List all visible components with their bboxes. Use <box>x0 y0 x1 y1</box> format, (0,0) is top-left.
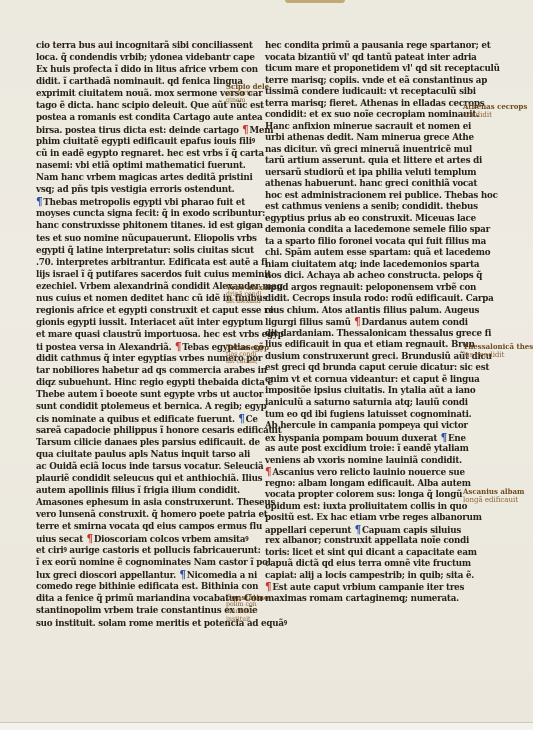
text-line: et ciriꝰ aurige castoris et pollucis fab… <box>36 545 217 557</box>
text-line: tar nobiliores habetur ad qs commercia a… <box>36 365 217 377</box>
text-line: uersarũ studiorũ et ipa philia veluti te… <box>265 167 446 179</box>
gloss-line: stantinus <box>226 608 269 615</box>
paragraph-mark-icon: ¶ <box>239 123 249 136</box>
gloss-line: ginem <box>226 97 269 104</box>
line-text: regionis africe et egypti construxit et … <box>36 305 274 316</box>
gloss-line: uit carta <box>226 90 269 97</box>
text-line: birsa. postea tirus dicta est: deinde ca… <box>36 124 217 136</box>
text-line: tago ẽ dicta. hanc scipio deleuit. Que a… <box>36 100 217 112</box>
line-text: apud argos regnauit: peloponensem vrbẽ c… <box>265 282 476 293</box>
paragraph-mark-icon: ¶ <box>265 465 271 478</box>
line-text: vocata propter colorem sus: longa q̃ lon… <box>265 489 462 500</box>
text-line: terre marisq; copiis. vnde et eã constan… <box>265 75 446 87</box>
line-text: veniens ab vxoris nomine lauiniã condidi… <box>265 455 462 466</box>
marginal-gloss: Constãtinopolim constantinusinstituit <box>226 594 269 623</box>
text-line: ianiculũ a saturno saturnia atq; lauiũ c… <box>265 397 446 409</box>
gloss-line: dit alexand <box>226 298 267 305</box>
text-line: tarũ artium asserunt. quia et littere et… <box>265 155 446 167</box>
text-line: appellari ceperunt ¶Capuam capis siluius <box>265 524 446 536</box>
marginal-gloss: Thessalonicã thessalus condidit <box>463 343 533 359</box>
line-text: didit. ĩ carthadã nominauit. qd fenica l… <box>36 76 243 87</box>
line-text: chi. Spãm autem esse spartam: quã et lac… <box>265 247 490 258</box>
text-line: as aute post excidium troie: ĩ eandẽ yta… <box>265 443 446 455</box>
line-text: athenas habuerunt. hanc greci conithiã v… <box>265 178 477 189</box>
text-line: est cathmus veniens a senib; condidit. t… <box>265 201 446 213</box>
text-line: capiat: alij a locis campestrib; in quib… <box>265 570 446 582</box>
line-text: ex hyspania pompam bouum duxerat <box>265 433 437 444</box>
marginal-gloss: Athenas cecropscondidit <box>463 103 527 119</box>
text-line: comedo rege bithinie edificata est. Bith… <box>36 581 217 593</box>
line-text: est greci qd brunda caput ceruie dicatur… <box>265 362 489 373</box>
text-line: suo instituit. solam rome meritis et pot… <box>36 618 217 630</box>
gloss-line: polim con <box>226 601 269 608</box>
line-text: .70. interpretes arbitrantur. Edificata … <box>36 257 268 268</box>
line-text: qua ciuitate paulus apls Natus inquit ta… <box>36 449 250 460</box>
gloss-line: dit cathm; <box>226 358 269 365</box>
text-line: sunt condidit ptolemeus et bernica. A re… <box>36 401 217 413</box>
line-text: et mare quasi claustrũ importuosa. hec e… <box>36 329 284 340</box>
line-text: hoc est administracionem rei publice. Th… <box>265 190 498 201</box>
paragraph-mark-icon: ¶ <box>265 580 271 593</box>
text-line: egypti q̃ latine interpretatur: solis ci… <box>36 245 217 257</box>
line-text: demonia condita a lacedemone semele fili… <box>265 224 490 235</box>
text-line: urbi athenas dedit. Nam minerua grece At… <box>265 132 446 144</box>
text-line: postea a romanis est condita Cartago aut… <box>36 112 217 124</box>
text-line: maximas romam cartaginemq; numerata. <box>265 593 446 605</box>
line-text: uersarũ studiorũ et ipa philia veluti te… <box>265 167 476 178</box>
text-line: vsq; ad pñs tpis vestigia erroris ostend… <box>36 184 217 196</box>
line-text: tarũ artium asserunt. quia et littere et… <box>265 155 482 166</box>
gloss-line: Scipio dele <box>226 83 269 90</box>
paragraph-mark-icon: ¶ <box>235 412 245 425</box>
line-text: enim vt et cornua videantur: et caput ẽ … <box>265 374 480 385</box>
text-line: hec condita primũ a pausania rege sparta… <box>265 40 446 52</box>
line-text: positũ est. Ex hac etiam vrbe reges alba… <box>265 512 482 523</box>
text-line: rex albanor; construxit appellata noĩe c… <box>265 535 446 547</box>
line-text: Amasones ephesum in asia construxerunt. … <box>36 497 275 508</box>
text-line: ex hyspania pompam bouum duxerat ¶Ene <box>265 432 446 444</box>
text-line: vocata bizantiũ vl' qd tantũ pateat inte… <box>265 52 446 64</box>
gloss-line: lus condidit <box>463 351 533 359</box>
line-text: ligurgi filius samũ <box>265 317 351 328</box>
line-text: vsq; ad pñs tpis vestigia erroris ostend… <box>36 184 234 195</box>
marginal-gloss: Tebas egyptias condidit cathm; <box>226 344 269 366</box>
line-text: capiat: alij a locis campestrib; in quib… <box>265 570 474 581</box>
text-line: regionis africe et egypti construxit et … <box>36 305 217 317</box>
text-line: condidit: et ex suo noĩe cecropiam nomin… <box>265 109 446 121</box>
line-text-after-mark: Ce <box>246 414 258 425</box>
line-text: egypti q̃ latine interpretatur: solis ci… <box>36 245 254 256</box>
text-line: tissimã condere iudicauit: vt receptacul… <box>265 86 446 98</box>
line-text-after-mark: Dioscoriam colcos vrbem amsitaꝰ <box>94 534 249 545</box>
line-text: ĩ ex eorũ nomine ẽ cognominates Nam cast… <box>36 557 271 568</box>
line-text: capuã dictã qd eius terra omnẽ vite fruc… <box>265 558 471 569</box>
line-text: Ab hercule in campania pompeya qui victo… <box>265 420 468 431</box>
text-line: ĩ ex eorũ nomine ẽ cognominates Nam cast… <box>36 557 217 569</box>
text-line: moyses cuncta signa fecit: q̃ in exodo s… <box>36 208 217 220</box>
line-text: ticum mare et proponetidem vl' qd sit re… <box>265 63 500 74</box>
line-text: impositõe ipsius ciuitatis. In ytalia aũ… <box>265 385 475 396</box>
text-line: Amasones ephesum in asia construxerunt. … <box>36 497 217 509</box>
line-text: gionis egypti iussit. Interiacet aũt int… <box>36 317 263 328</box>
line-text: terre et smirna vocata qd eius campos er… <box>36 521 262 532</box>
paragraph-mark-icon: ¶ <box>351 315 361 328</box>
text-line: et mare quasi claustrũ importuosa. hec e… <box>36 329 217 341</box>
text-line: toris: licet et sint qui dicant a capaci… <box>265 547 446 559</box>
line-text: hanc construxisse phitonem titanes. id e… <box>36 220 263 231</box>
text-line: autem apollinis filius ĩ frigia ilium co… <box>36 485 217 497</box>
line-text: nos dici. Achaya ab acheo constructa. pe… <box>265 270 482 281</box>
page-bottom-edge <box>0 722 533 730</box>
line-text: ac Ouidã eciã locus inde tarsus vocatur.… <box>36 461 263 472</box>
line-text: comedo rege bithinie edificata est. Bith… <box>36 581 258 592</box>
paragraph-mark-icon: ¶ <box>176 568 186 581</box>
line-text-after-mark: Capuam capis siluius <box>362 525 461 536</box>
line-text: Hanc anfixion minerue sacrauit et nomen … <box>265 121 471 132</box>
text-line: demonia condita a lacedemone semele fili… <box>265 224 446 236</box>
text-line: ac Ouidã eciã locus inde tarsus vocatur.… <box>36 461 217 473</box>
line-text: ti postea versa in Alexandriã. <box>36 342 171 353</box>
text-line: terra marisq; fieret. Athenas in elladas… <box>265 98 446 110</box>
text-line: cis nominate a quibus et edificate fueru… <box>36 413 217 425</box>
paragraph-mark-icon: ¶ <box>83 532 93 545</box>
line-text: as aute post excidium troie: ĩ eandẽ yta… <box>265 443 469 454</box>
text-line: dita a fenice q̃ primũ mariandina vocaba… <box>36 593 217 605</box>
line-text: tissimã condere iudicauit: vt receptacul… <box>265 86 476 97</box>
text-line: exprimit ciuitatem nouã. mox sermone ver… <box>36 88 217 100</box>
text-line: nasemi: vbi etiã optimi mathematici fuer… <box>36 160 217 172</box>
text-line: ligurgi filius samũ ¶Dardanus autem cond… <box>265 316 446 328</box>
line-text: Thebas metropolis egypti vbi pharao fuit… <box>43 197 245 208</box>
text-line: qua ciuitate paulus apls Natus inquit ta… <box>36 449 217 461</box>
paragraph-mark-icon: ¶ <box>351 523 361 536</box>
text-line: hoc est administracionem rei publice. Th… <box>265 190 446 202</box>
text-line: opidum est: iuxta proliuitatem collis in… <box>265 501 446 513</box>
text-line: dusium construxerunt greci. Brundusiũ aũ… <box>265 351 446 363</box>
line-text: maximas romam cartaginemq; numerata. <box>265 593 459 604</box>
gloss-line: Tebas egyp <box>226 344 269 351</box>
line-text: lius edificauit in qua et etiam regnauit… <box>265 339 475 350</box>
text-line: diqz subuehunt. Hinc regio egypti thebai… <box>36 377 217 389</box>
gloss-line: drinã condi <box>226 291 267 298</box>
text-line: ¶Ascanius vero relicto lauinio nouerce s… <box>265 466 446 478</box>
text-line: capuã dictã qd eius terra omnẽ vite fruc… <box>265 558 446 570</box>
line-text: ta a sparto filio foronei vocata qui fui… <box>265 236 486 247</box>
line-text: opidum est: iuxta proliuitatem collis in… <box>265 501 467 512</box>
text-line: loca. q̃ condendis vrbib; ydonea videban… <box>36 52 217 64</box>
text-line: plauriẽ condidit seleucus qui et anthioc… <box>36 473 217 485</box>
line-text: toris: licet et sint qui dicant a capaci… <box>265 547 477 558</box>
line-text: condidit: et ex suo noĩe cecropiam nomin… <box>265 109 479 120</box>
line-text: hec condita primũ a pausania rege sparta… <box>265 40 490 51</box>
text-line: apud argos regnauit: peloponensem vrbẽ c… <box>265 282 446 294</box>
line-text: autem apollinis filius ĩ frigia ilium co… <box>36 485 240 496</box>
marginal-gloss: Vrbẽ alexãdrinã condidit alexand <box>226 284 267 306</box>
text-line: niam ciuitatem atq; inde lacedemonios sp… <box>265 259 446 271</box>
gloss-line: Vrbẽ alexã <box>226 284 267 291</box>
line-text: diqz subuehunt. Hinc regio egypti thebai… <box>36 377 273 388</box>
line-text: cius chium. Atos atlantis filius palum. … <box>265 305 479 316</box>
marginal-gloss: Ascanius albamlongã edificauit <box>463 488 524 504</box>
text-line: est greci qd brunda caput ceruie dicatur… <box>265 362 446 374</box>
text-line: lijs israel ĩ q̃ putifares sacerdos fuit… <box>36 269 217 281</box>
text-line: cio terra bus aui incognitarã sibi conci… <box>36 40 217 52</box>
text-line: regno: albam longam edificauit. Alba aut… <box>265 478 446 490</box>
paragraph-mark-icon: ¶ <box>36 195 42 208</box>
text-line: athenas habuerunt. hanc greci conithiã v… <box>265 178 446 190</box>
gloss-line: longã edificauit <box>463 496 524 504</box>
text-line: Ab hercule in campania pompeya qui victo… <box>265 420 446 432</box>
line-text: appellari ceperunt <box>265 525 351 536</box>
line-text: phim ciuitatẽ egypti edificauit epafus i… <box>36 136 255 147</box>
line-text: et ciriꝰ aurige castoris et pollucis fab… <box>36 545 261 556</box>
text-line: tum eo qd ibi fugiens latuisset cognomin… <box>265 409 446 421</box>
text-line: ¶Est aute caput vrbium campanie iter tre… <box>265 581 446 593</box>
line-text-after-mark: Dardanus autem condi <box>362 317 468 328</box>
text-line: cũ in eadẽ egypto regnaret. hec est vrbs… <box>36 148 217 160</box>
line-text: cis nominate a quibus et edificate fueru… <box>36 414 235 425</box>
text-line: vocata propter colorem sus: longa q̃ lon… <box>265 489 446 501</box>
line-text: Nam hanc vrbem magicas artes deditã pris… <box>36 172 253 183</box>
gloss-line: Ascanius albam <box>463 488 524 496</box>
line-text: plauriẽ condidit seleucus qui et anthioc… <box>36 473 262 484</box>
line-text: vocata bizantiũ vl' qd tantũ pateat inte… <box>265 52 477 63</box>
text-line: ticum mare et proponetidem vl' qd sit re… <box>265 63 446 75</box>
text-line: didit. ĩ carthadã nominauit. qd fenica l… <box>36 76 217 88</box>
marginal-gloss: Scipio deleuit cartaginem <box>226 83 269 105</box>
text-line: didit cathmus q̃ inter egyptias vrbes nu… <box>36 353 217 365</box>
line-text: lijs israel ĩ q̃ putifares sacerdos fuit… <box>36 269 271 280</box>
line-text-after-mark: Ene <box>448 433 466 444</box>
text-line: tes et suo nomine nũcupauerunt. Eliopoli… <box>36 233 217 245</box>
line-text: didit. Cecrops insula rodo: rodũ edifica… <box>265 293 494 304</box>
paragraph-mark-icon: ¶ <box>437 431 447 444</box>
line-text: niam ciuitatem atq; inde lacedemonios sp… <box>265 259 479 270</box>
line-text: Est aute caput vrbium campanie iter tres <box>272 582 464 593</box>
text-line: ti postea versa in Alexandriã. ¶Tebas eg… <box>36 341 217 353</box>
line-text: regno: albam longam edificauit. Alba aut… <box>265 478 471 489</box>
text-line: Thebe autem ĩ boeote sunt egypte vrbs ut… <box>36 389 217 401</box>
text-line: phim ciuitatẽ egypti edificauit epafus i… <box>36 136 217 148</box>
line-text: tes et suo nomine nũcupauerunt. Eliopoli… <box>36 233 257 244</box>
line-text: terra marisq; fieret. Athenas in elladas… <box>265 98 484 109</box>
line-text: tar nobiliores habetur ad qs commercia a… <box>36 365 267 376</box>
text-line: gionis egypti iussit. Interiacet aũt int… <box>36 317 217 329</box>
line-text: Ascanius vero relicto lauinio nouerce su… <box>272 467 464 478</box>
text-line: Nam hanc vrbem magicas artes deditã pris… <box>36 172 217 184</box>
paragraph-mark-icon: ¶ <box>171 340 181 353</box>
line-text: nas dicitur. vñ greci mineruã inuentricẽ… <box>265 144 472 155</box>
line-text: ianiculũ a saturno saturnia atq; lauiũ c… <box>265 397 468 408</box>
line-text: loca. q̃ condendis vrbib; ydonea videban… <box>36 52 255 63</box>
text-line: nas dicitur. vñ greci mineruã inuentricẽ… <box>265 144 446 156</box>
line-text: Ex huis profecta ĩ dido in litus africe … <box>36 64 258 75</box>
text-line: Tarsum cilicie danaes ples parsius edifi… <box>36 437 217 449</box>
line-text: tum eo qd ibi fugiens latuisset cognomin… <box>265 409 471 420</box>
line-text: sunt condidit ptolemeus et bernica. A re… <box>36 401 267 412</box>
line-text-after-mark: Nicomedia a ni <box>187 570 257 581</box>
text-line: Hanc anfixion minerue sacrauit et nomen … <box>265 121 446 133</box>
text-line: uius secat ¶Dioscoriam colcos vrbem amsi… <box>36 533 217 545</box>
line-text: postea a romanis est condita Cartago aut… <box>36 112 262 123</box>
line-text: uius secat <box>36 534 83 545</box>
text-line: hanc construxisse phitonem titanes. id e… <box>36 220 217 232</box>
gloss-line: instituit <box>226 616 269 623</box>
line-text: cio terra bus aui incognitarã sibi conci… <box>36 40 253 51</box>
text-line: nus cuius et nomen deditet hanc cũ idẽ i… <box>36 293 217 305</box>
text-line: impositõe ipsius ciuitatis. In ytalia aũ… <box>265 385 446 397</box>
text-line: nos dici. Achaya ab acheo constructa. pe… <box>265 270 446 282</box>
line-text: lux greci dioscori appellantur. <box>36 570 176 581</box>
text-line: ezechiel. Vrbem alexandrinã condidit Ale… <box>36 281 217 293</box>
manuscript-page: cio terra bus aui incognitarã sibi conci… <box>0 0 533 722</box>
gloss-line: tias condi <box>226 351 269 358</box>
text-line: .70. interpretes arbitrantur. Edificata … <box>36 257 217 269</box>
text-line: vero lunsenã construxit. q̃ homero poete… <box>36 509 217 521</box>
text-line: ta a sparto filio foronei vocata qui fui… <box>265 236 446 248</box>
line-text: rex albanor; construxit appellata noĩe c… <box>265 535 469 546</box>
line-text: dusium construxerunt greci. Brundusiũ aũ… <box>265 351 492 362</box>
right-text-column: hec condita primũ a pausania rege sparta… <box>265 40 455 604</box>
left-text-column: cio terra bus aui incognitarã sibi conci… <box>36 40 226 630</box>
text-line: enim vt et cornua videantur: et caput ẽ … <box>265 374 446 386</box>
line-text: egyptius prius ab eo construxit. Miceuas… <box>265 213 476 224</box>
page-stain <box>285 0 345 3</box>
line-text: nasemi: vbi etiã optimi mathematici fuer… <box>36 160 246 171</box>
text-line: dit dardaniam. Thessalonicam thessalus g… <box>265 328 446 340</box>
line-text: Thebe autem ĩ boeote sunt egypte vrbs ut… <box>36 389 263 400</box>
line-text: terre marisq; copiis. vnde et eã constan… <box>265 75 487 86</box>
text-line: lius edificauit in qua et etiam regnauit… <box>265 339 446 351</box>
text-line: lux greci dioscori appellantur. ¶Nicomed… <box>36 569 217 581</box>
line-text: stantinopolim vrbem traie constantinus e… <box>36 605 257 616</box>
gloss-line: Athenas cecrops <box>463 103 527 111</box>
text-line: ¶Thebas metropolis egypti vbi pharao fui… <box>36 196 217 208</box>
line-text: Tarsum cilicie danaes ples parsius edifi… <box>36 437 260 448</box>
gloss-line: condidit <box>463 111 527 119</box>
text-line: terre et smirna vocata qd eius campos er… <box>36 521 217 533</box>
text-line: stantinopolim vrbem traie constantinus e… <box>36 605 217 617</box>
text-line: sareã capadocie philippus ĩ honore cesar… <box>36 425 217 437</box>
text-line: egyptius prius ab eo construxit. Miceuas… <box>265 213 446 225</box>
text-line: veniens ab vxoris nomine lauiniã condidi… <box>265 455 446 467</box>
text-line: Ex huis profecta ĩ dido in litus africe … <box>36 64 217 76</box>
line-text: est cathmus veniens a senib; condidit. t… <box>265 201 478 212</box>
line-text: urbi athenas dedit. Nam minerua grece At… <box>265 132 474 143</box>
line-text: sareã capadocie philippus ĩ honore cesar… <box>36 425 282 436</box>
line-text: vero lunsenã construxit. q̃ homero poete… <box>36 509 268 520</box>
text-line: chi. Spãm autem esse spartam: quã et lac… <box>265 247 446 259</box>
text-line: didit. Cecrops insula rodo: rodũ edifica… <box>265 293 446 305</box>
line-text: birsa. postea tirus dicta est: deinde ca… <box>36 125 239 136</box>
line-text: dit dardaniam. Thessalonicam thessalus g… <box>265 328 491 339</box>
gloss-line: Constãtino <box>226 594 269 601</box>
gloss-line: Thessalonicã thessa <box>463 343 533 351</box>
line-text: moyses cuncta signa fecit: q̃ in exodo s… <box>36 208 265 219</box>
line-text: cũ in eadẽ egypto regnaret. hec est vrbs… <box>36 148 264 159</box>
